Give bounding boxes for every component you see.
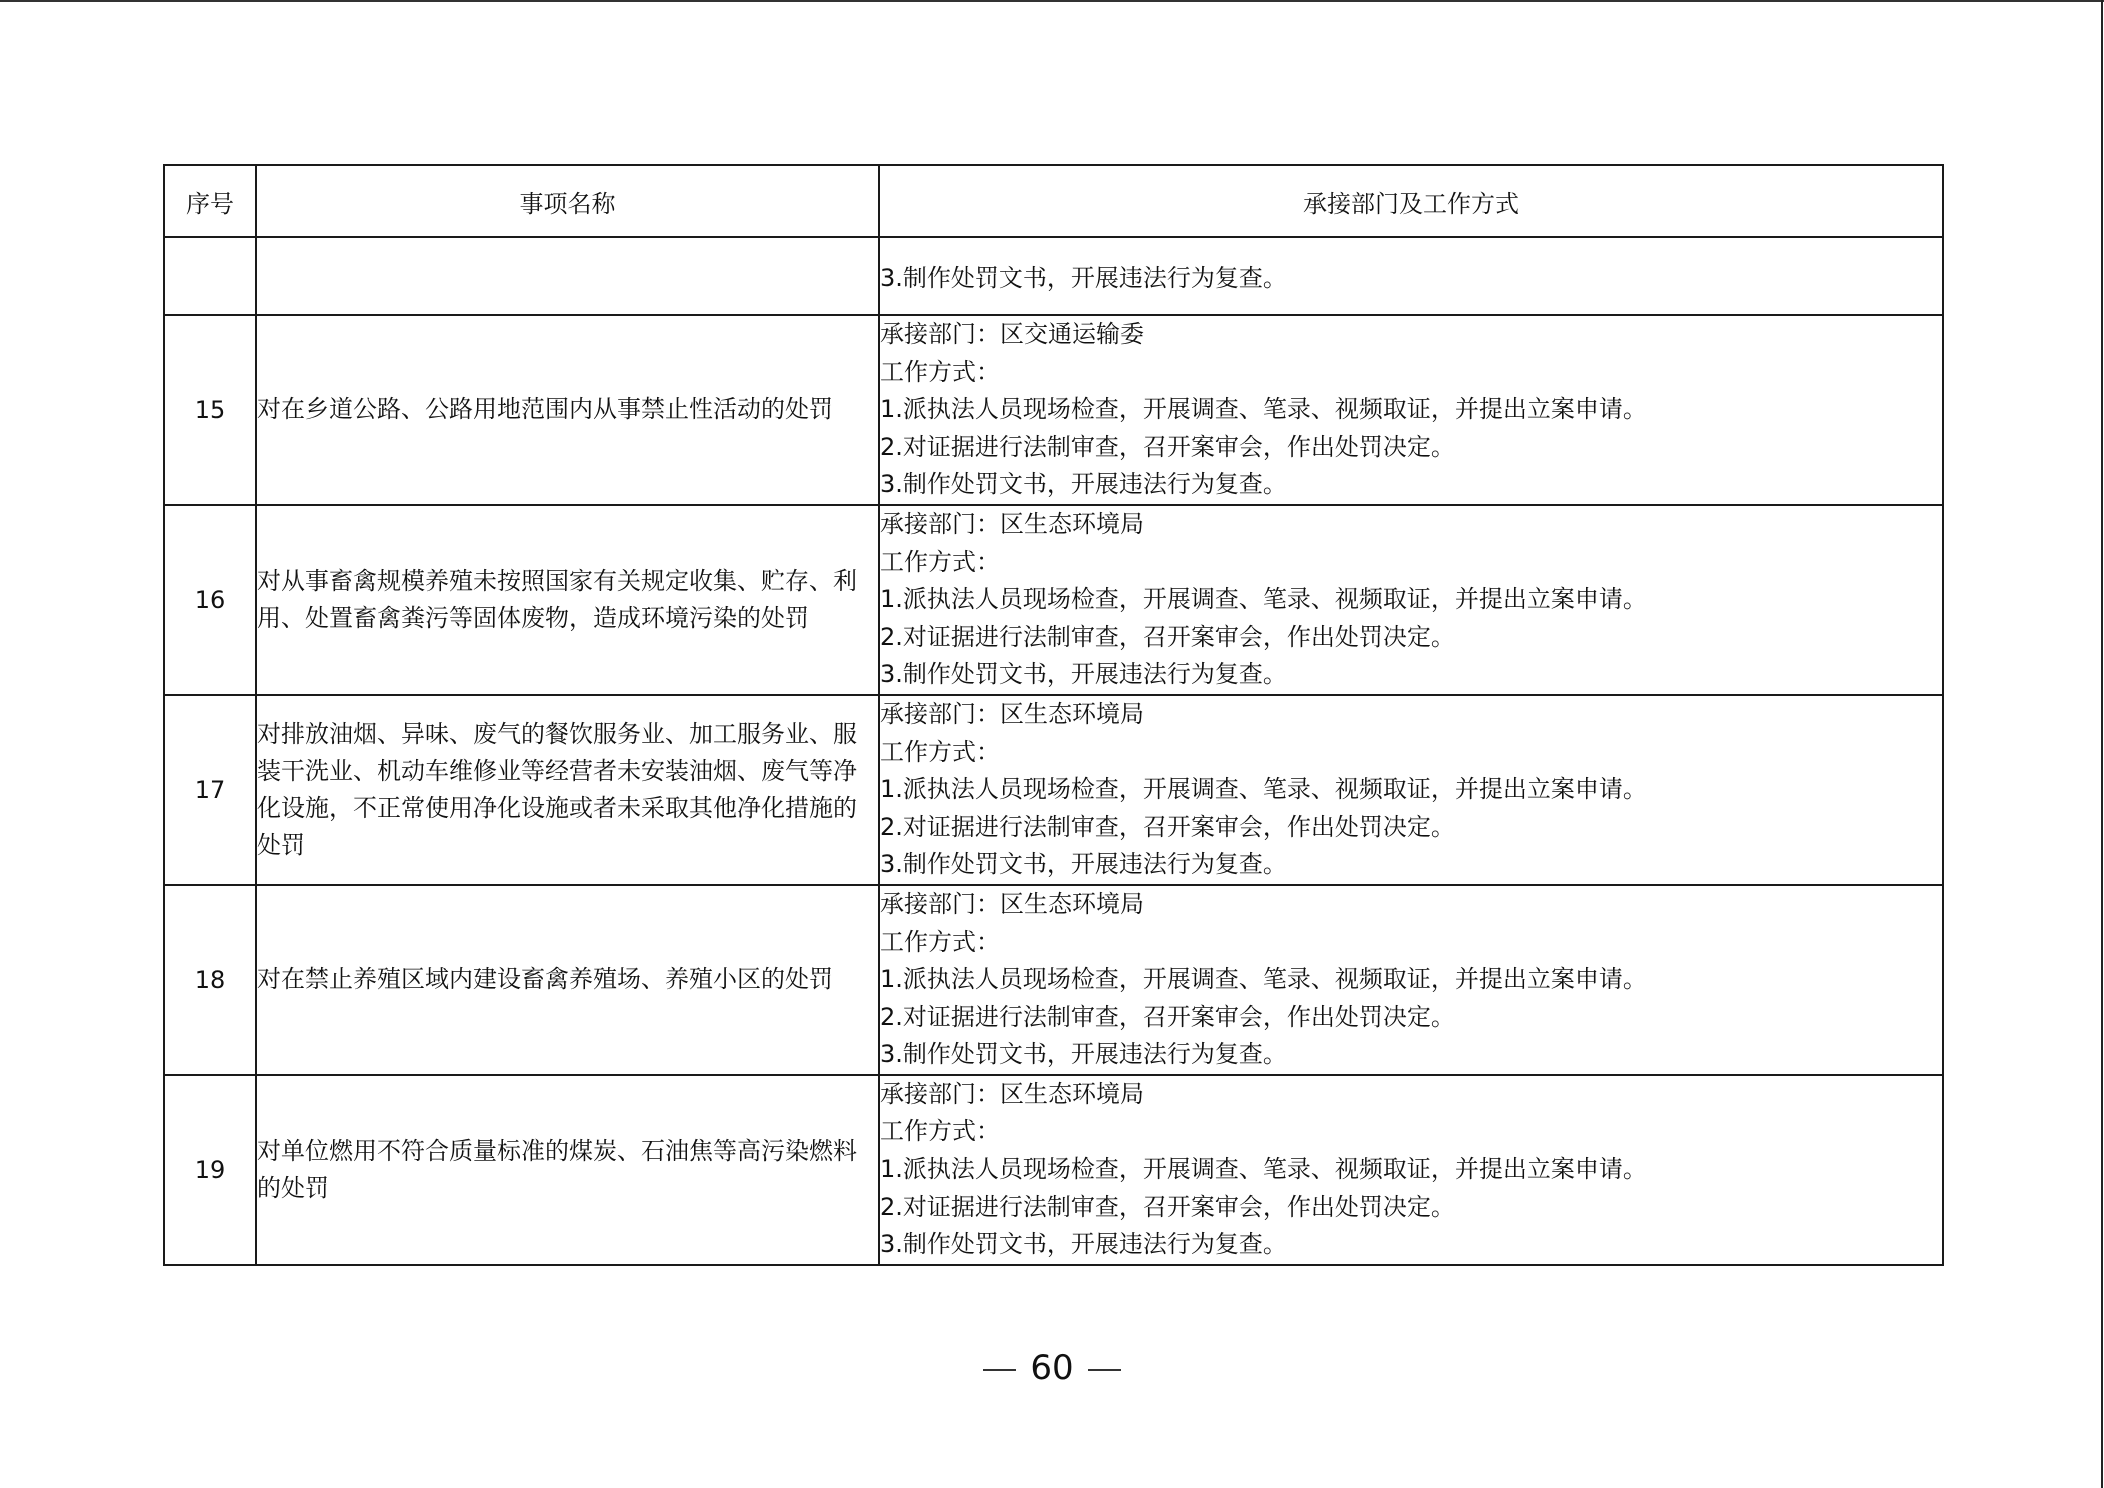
- method-label: 工作方式：: [880, 924, 1942, 962]
- table-row: 15 对在乡道公路、公路用地范围内从事禁止性活动的处罚 承接部门：区交通运输委 …: [164, 315, 1943, 505]
- method-label: 工作方式：: [880, 1113, 1942, 1151]
- row-method: 承接部门：区生态环境局 工作方式： 1.派执法人员现场检查，开展调查、笔录、视频…: [879, 885, 1943, 1075]
- header-number: 序号: [164, 165, 256, 237]
- row-method: 承接部门：区交通运输委 工作方式： 1.派执法人员现场检查，开展调查、笔录、视频…: [879, 315, 1943, 505]
- header-item-name: 事项名称: [256, 165, 879, 237]
- table-row: 17 对排放油烟、异味、废气的餐饮服务业、加工服务业、服装干洗业、机动车维修业等…: [164, 695, 1943, 885]
- method-step-3: 3.制作处罚文书，开展违法行为复查。: [880, 846, 1942, 884]
- row-method: 承接部门：区生态环境局 工作方式： 1.派执法人员现场检查，开展调查、笔录、视频…: [879, 1075, 1943, 1265]
- department-line: 承接部门：区交通运输委: [880, 316, 1942, 354]
- method-label: 工作方式：: [880, 734, 1942, 772]
- page-right-border: [2101, 0, 2103, 1488]
- enforcement-items-table: 序号 事项名称 承接部门及工作方式 3.制作处罚文书，开展违法行为复查。 15 …: [163, 164, 1944, 1266]
- table-header-row: 序号 事项名称 承接部门及工作方式: [164, 165, 1943, 237]
- row-item-name: [256, 237, 879, 315]
- method-step-1: 1.派执法人员现场检查，开展调查、笔录、视频取证，并提出立案申请。: [880, 391, 1942, 429]
- row-number: 17: [164, 695, 256, 885]
- method-label: 工作方式：: [880, 544, 1942, 582]
- method-step-2: 2.对证据进行法制审查，召开案审会，作出处罚决定。: [880, 999, 1942, 1037]
- row-number: [164, 237, 256, 315]
- row-item-name: 对从事畜禽规模养殖未按照国家有关规定收集、贮存、利用、处置畜禽粪污等固体废物，造…: [256, 505, 879, 695]
- method-step-1: 1.派执法人员现场检查，开展调查、笔录、视频取证，并提出立案申请。: [880, 961, 1942, 999]
- row-number: 16: [164, 505, 256, 695]
- method-step-2: 2.对证据进行法制审查，召开案审会，作出处罚决定。: [880, 1189, 1942, 1227]
- row-number: 19: [164, 1075, 256, 1265]
- row-number: 18: [164, 885, 256, 1075]
- method-step-2: 2.对证据进行法制审查，召开案审会，作出处罚决定。: [880, 809, 1942, 847]
- method-label: 工作方式：: [880, 354, 1942, 392]
- department-line: 承接部门：区生态环境局: [880, 1076, 1942, 1114]
- page-number: 60: [1030, 1348, 1073, 1388]
- method-step-3: 3.制作处罚文书，开展违法行为复查。: [880, 466, 1942, 504]
- table-row: 18 对在禁止养殖区域内建设畜禽养殖场、养殖小区的处罚 承接部门：区生态环境局 …: [164, 885, 1943, 1075]
- row-item-name: 对在禁止养殖区域内建设畜禽养殖场、养殖小区的处罚: [256, 885, 879, 1075]
- row-item-name: 对排放油烟、异味、废气的餐饮服务业、加工服务业、服装干洗业、机动车维修业等经营者…: [256, 695, 879, 885]
- footer-dash-left: [983, 1369, 1016, 1371]
- row-method: 3.制作处罚文书，开展违法行为复查。: [879, 237, 1943, 315]
- header-department-method: 承接部门及工作方式: [879, 165, 1943, 237]
- row-item-name: 对在乡道公路、公路用地范围内从事禁止性活动的处罚: [256, 315, 879, 505]
- method-step-1: 1.派执法人员现场检查，开展调查、笔录、视频取证，并提出立案申请。: [880, 771, 1942, 809]
- method-step-2: 2.对证据进行法制审查，召开案审会，作出处罚决定。: [880, 429, 1942, 467]
- department-line: 承接部门：区生态环境局: [880, 696, 1942, 734]
- row-number: 15: [164, 315, 256, 505]
- table-row-continuation: 3.制作处罚文书，开展违法行为复查。: [164, 237, 1943, 315]
- row-method: 承接部门：区生态环境局 工作方式： 1.派执法人员现场检查，开展调查、笔录、视频…: [879, 695, 1943, 885]
- table-row: 16 对从事畜禽规模养殖未按照国家有关规定收集、贮存、利用、处置畜禽粪污等固体废…: [164, 505, 1943, 695]
- row-method: 承接部门：区生态环境局 工作方式： 1.派执法人员现场检查，开展调查、笔录、视频…: [879, 505, 1943, 695]
- method-step-3: 3.制作处罚文书，开展违法行为复查。: [880, 1036, 1942, 1074]
- method-line: 3.制作处罚文书，开展违法行为复查。: [880, 260, 1942, 298]
- department-line: 承接部门：区生态环境局: [880, 886, 1942, 924]
- footer-dash-right: [1088, 1369, 1121, 1371]
- method-step-3: 3.制作处罚文书，开展违法行为复查。: [880, 1226, 1942, 1264]
- method-step-1: 1.派执法人员现场检查，开展调查、笔录、视频取证，并提出立案申请。: [880, 1151, 1942, 1189]
- table-row: 19 对单位燃用不符合质量标准的煤炭、石油焦等高污染燃料的处罚 承接部门：区生态…: [164, 1075, 1943, 1265]
- method-step-2: 2.对证据进行法制审查，召开案审会，作出处罚决定。: [880, 619, 1942, 657]
- method-step-1: 1.派执法人员现场检查，开展调查、笔录、视频取证，并提出立案申请。: [880, 581, 1942, 619]
- page-footer: 60: [0, 1348, 2104, 1388]
- row-item-name: 对单位燃用不符合质量标准的煤炭、石油焦等高污染燃料的处罚: [256, 1075, 879, 1265]
- method-step-3: 3.制作处罚文书，开展违法行为复查。: [880, 656, 1942, 694]
- page-top-border: [0, 0, 2104, 2]
- department-line: 承接部门：区生态环境局: [880, 506, 1942, 544]
